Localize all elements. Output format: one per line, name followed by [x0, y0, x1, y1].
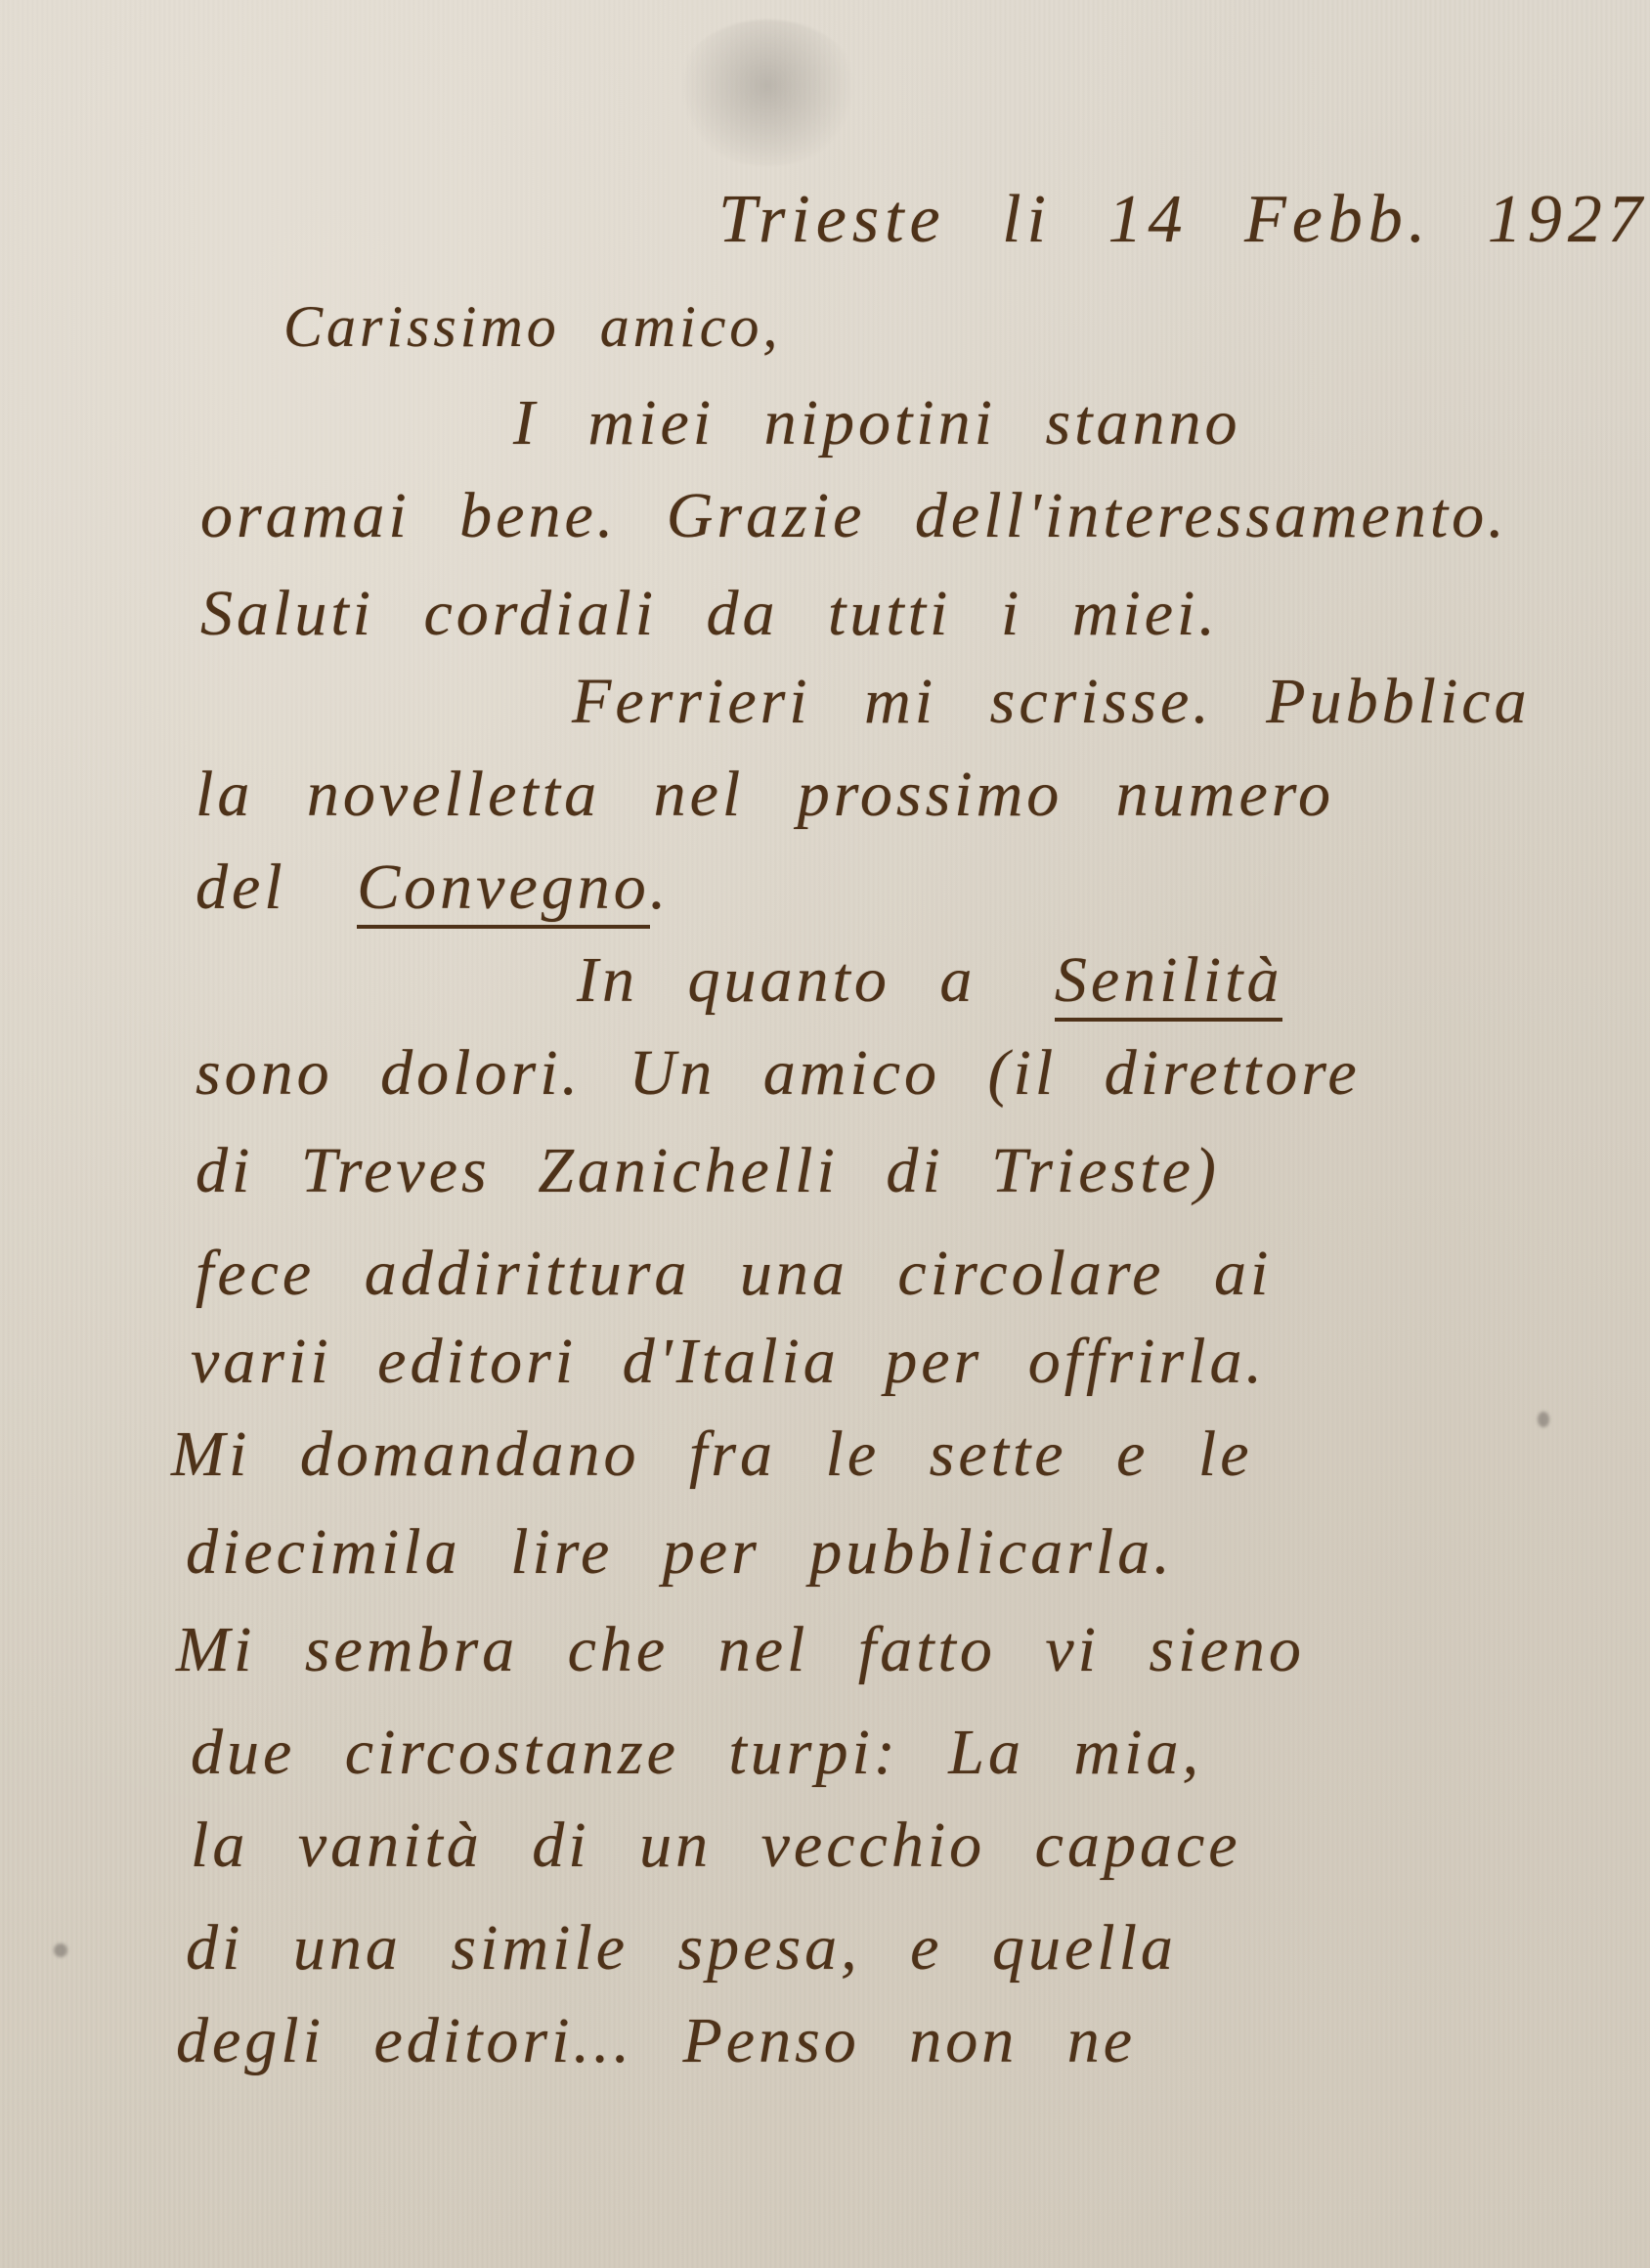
letter-line-17: di una simile spesa, e quella: [186, 1911, 1177, 1985]
letter-line-10: fece addirittura una circolare ai: [195, 1237, 1272, 1311]
letter-line-6: del Convegno.: [195, 850, 670, 925]
dateline: Trieste li 14 Febb. 1927: [718, 181, 1648, 259]
letter-line-12: Mi domandano fra le sette e le: [171, 1417, 1253, 1492]
paper-spot: [54, 1943, 67, 1957]
letter-text: In quanto a: [577, 944, 976, 1016]
letter-line-2: oramai bene. Grazie dell'interessamento.: [200, 479, 1508, 553]
letter-line-14: Mi sembra che nel fatto vi sieno: [176, 1613, 1305, 1687]
letter-line-7: In quanto a Senilità: [577, 943, 1282, 1018]
letter-line-11: varii editori d'Italia per offrirla.: [191, 1325, 1266, 1399]
letter-line-9: di Treves Zanichelli di Trieste): [195, 1134, 1220, 1208]
salutation: Carissimo amico,: [283, 293, 781, 361]
ink-smudge: [674, 20, 860, 166]
letter-line-1: I miei nipotini stanno: [513, 386, 1240, 460]
journal-title-convegno: Convegno: [357, 851, 650, 929]
letter-text: del: [195, 851, 286, 923]
letter-line-5: la novelletta nel prossimo numero: [195, 758, 1334, 832]
letter-line-13: diecimila lire per pubblicarla.: [186, 1515, 1174, 1590]
letter-line-16: la vanità di un vecchio capace: [191, 1809, 1241, 1883]
letter-line-18: degli editori... Penso non ne: [176, 2004, 1136, 2078]
letter-line-15: due circostanze turpi: La mia,: [191, 1716, 1202, 1790]
letter-line-4: Ferrieri mi scrisse. Pubblica: [572, 665, 1531, 739]
book-title-senilita: Senilità: [1055, 944, 1283, 1022]
letter-line-3: Saluti cordiali da tutti i miei.: [200, 577, 1219, 651]
paper-spot: [1538, 1412, 1549, 1427]
letter-page: Trieste li 14 Febb. 1927 Carissimo amico…: [0, 0, 1650, 2268]
letter-line-8: sono dolori. Un amico (il direttore: [195, 1036, 1361, 1111]
letter-text: .: [650, 851, 671, 923]
